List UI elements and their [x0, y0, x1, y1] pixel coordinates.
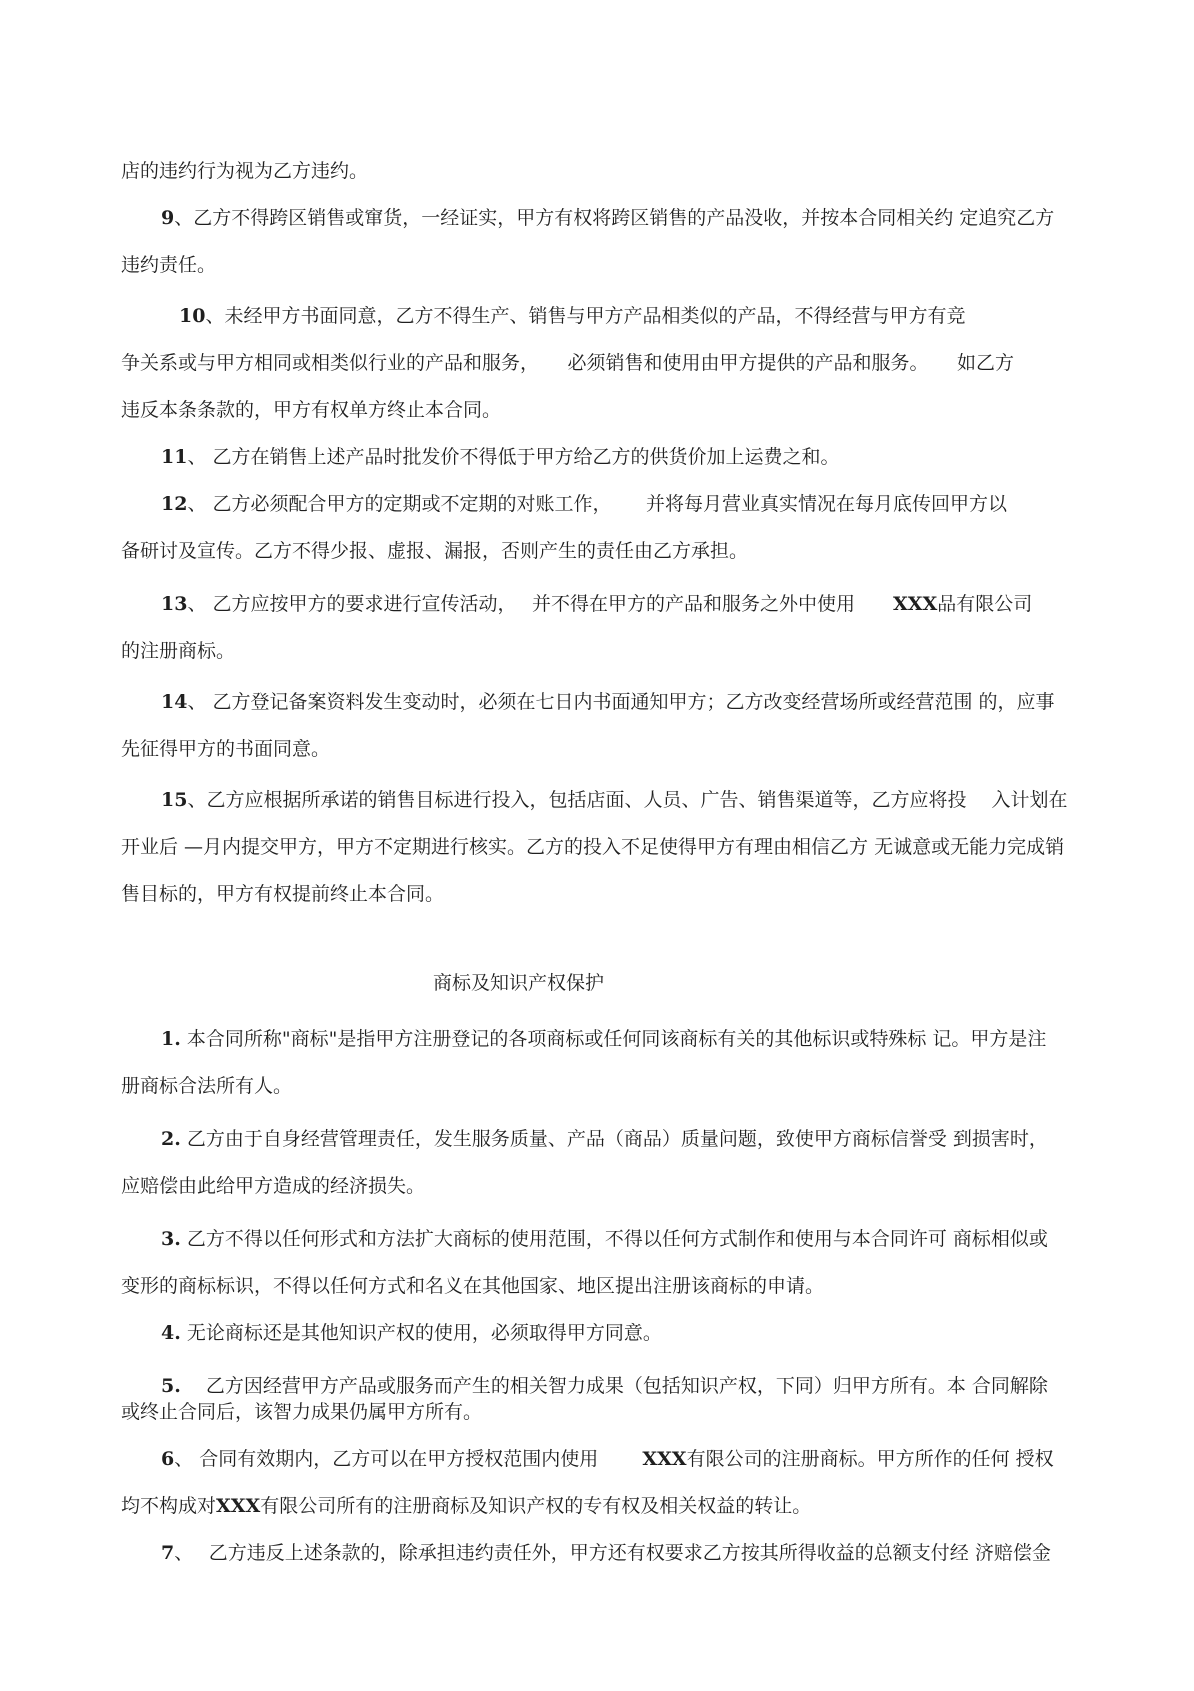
text-run: 有限公司的注册商标。甲方所作的任何 授权 [687, 1448, 1054, 1470]
text-run: 、 乙方在销售上述产品时批发价不得低于甲方给乙方的供货价加上运费之和。 [187, 446, 839, 468]
text-run: 乙方不得以任何形式和方法扩大商标的使用范围，不得以任何方式制作和使用与本合同许可… [181, 1228, 1048, 1250]
text-line: 11、 乙方在销售上述产品时批发价不得低于甲方给乙方的供货价加上运费之和。 [121, 434, 1134, 481]
text-line: 7、 乙方违反上述条款的，除承担违约责任外，甲方还有权要求乙方按其所得收益的总额… [121, 1530, 1134, 1577]
bold-text-run: 6 [161, 1448, 174, 1470]
text-line: 违反本条条款的，甲方有权单方终止本合同。 [121, 387, 1134, 434]
text-line: 9、乙方不得跨区销售或窜货，一经证实，甲方有权将跨区销售的产品没收，并按本合同相… [121, 195, 1134, 242]
text-line: 变形的商标标识，不得以任何方式和名义在其他国家、地区提出注册该商标的申请。 [121, 1263, 1134, 1310]
text-line: 开业后 —月内提交甲方，甲方不定期进行核实。乙方的投入不足使得甲方有理由相信乙方… [121, 824, 1134, 871]
text-line: 的注册商标。 [121, 628, 1134, 675]
bold-text-run: 13 [161, 593, 187, 615]
bold-text-run: 2. [161, 1128, 181, 1150]
text-run: 、 乙方登记备案资料发生变动时，必须在七日内书面通知甲方；乙方改变经营场所或经营… [187, 691, 1054, 713]
document-body: 店的违约行为视为乙方违约。9、乙方不得跨区销售或窜货，一经证实，甲方有权将跨区销… [121, 148, 1134, 1577]
text-run: 品有限公司 [937, 593, 1032, 615]
bold-text-run: 1. [161, 1028, 181, 1050]
text-run: 变形的商标标识，不得以任何方式和名义在其他国家、地区提出注册该商标的申请。 [121, 1275, 824, 1297]
text-run: 或终止合同后，该智力成果仍属甲方所有。 [121, 1401, 482, 1423]
text-line: 14、 乙方登记备案资料发生变动时，必须在七日内书面通知甲方；乙方改变经营场所或… [121, 679, 1134, 726]
bold-text-run: 3. [161, 1228, 181, 1250]
text-run: 争关系或与甲方相同或相类似行业的产品和服务， 必须销售和使用由甲方提供的产品和服… [121, 352, 1014, 374]
text-line: 6、 合同有效期内，乙方可以在甲方授权范围内使用 XXX有限公司的注册商标。甲方… [121, 1436, 1134, 1483]
text-run: 、 合同有效期内，乙方可以在甲方授权范围内使用 [174, 1448, 642, 1470]
bold-text-run: 12 [161, 493, 187, 515]
text-run: 备研讨及宣传。乙方不得少报、虚报、漏报，否则产生的责任由乙方承担。 [121, 540, 748, 562]
bold-text-run: 10 [179, 305, 205, 327]
text-line: 店的违约行为视为乙方违约。 [121, 148, 1134, 195]
text-line: 13、 乙方应按甲方的要求进行宣传活动， 并不得在甲方的产品和服务之外中使用 X… [121, 581, 1134, 628]
text-run: 均不构成对 [121, 1495, 216, 1517]
text-run: 、 乙方违反上述条款的，除承担违约责任外，甲方还有权要求乙方按其所得收益的总额支… [174, 1542, 1051, 1564]
text-run: 、乙方应根据所承诺的销售目标进行投入，包括店面、人员、广告、销售渠道等，乙方应将… [187, 789, 1067, 811]
text-run: 违约责任。 [121, 254, 216, 276]
text-run: 册商标合法所有人。 [121, 1075, 292, 1097]
text-run: 先征得甲方的书面同意。 [121, 738, 330, 760]
text-line: 12、 乙方必须配合甲方的定期或不定期的对账工作， 并将每月营业真实情况在每月底… [121, 481, 1134, 528]
text-line: 备研讨及宣传。乙方不得少报、虚报、漏报，否则产生的责任由乙方承担。 [121, 528, 1134, 575]
bold-text-run: 4. [161, 1322, 181, 1344]
text-line: 应赔偿由此给甲方造成的经济损失。 [121, 1163, 1134, 1210]
bold-text-run: 7 [161, 1542, 174, 1564]
text-line: 册商标合法所有人。 [121, 1063, 1134, 1110]
document-page: 店的违约行为视为乙方违约。9、乙方不得跨区销售或窜货，一经证实，甲方有权将跨区销… [0, 0, 1194, 1691]
text-line: 4. 无论商标还是其他知识产权的使用，必须取得甲方同意。 [121, 1310, 1134, 1357]
bold-text-run: XXX [893, 593, 937, 615]
text-line: 3. 乙方不得以任何形式和方法扩大商标的使用范围，不得以任何方式制作和使用与本合… [121, 1216, 1134, 1263]
text-line: 10、未经甲方书面同意，乙方不得生产、销售与甲方产品相类似的产品，不得经营与甲方… [121, 293, 1134, 340]
text-run: 开业后 —月内提交甲方，甲方不定期进行核实。乙方的投入不足使得甲方有理由相信乙方… [121, 836, 1064, 858]
text-line: 均不构成对XXX有限公司所有的注册商标及知识产权的专有权及相关权益的转让。 [121, 1483, 1134, 1530]
text-line: 2. 乙方由于自身经营管理责任，发生服务质量、产品（商品）质量问题，致使甲方商标… [121, 1116, 1134, 1163]
bold-text-run: XXX [642, 1448, 686, 1470]
bold-text-run: 15 [161, 789, 187, 811]
text-line: 争关系或与甲方相同或相类似行业的产品和服务， 必须销售和使用由甲方提供的产品和服… [121, 340, 1134, 387]
text-run: 、未经甲方书面同意，乙方不得生产、销售与甲方产品相类似的产品，不得经营与甲方有竞 [205, 305, 965, 327]
bold-text-run: XXX [216, 1495, 260, 1517]
text-run: 售目标的，甲方有权提前终止本合同。 [121, 883, 444, 905]
bold-text-run: 9 [161, 207, 174, 229]
text-run: 违反本条条款的，甲方有权单方终止本合同。 [121, 399, 501, 421]
text-run: 、乙方不得跨区销售或窜货，一经证实，甲方有权将跨区销售的产品没收，并按本合同相关… [174, 207, 1054, 229]
text-run: 有限公司所有的注册商标及知识产权的专有权及相关权益的转让。 [260, 1495, 811, 1517]
text-run: 应赔偿由此给甲方造成的经济损失。 [121, 1175, 425, 1197]
text-line: 售目标的，甲方有权提前终止本合同。 [121, 871, 1134, 918]
text-line: 违约责任。 [121, 242, 1134, 289]
bold-text-run: 14 [161, 691, 187, 713]
text-run: 、 乙方应按甲方的要求进行宣传活动， 并不得在甲方的产品和服务之外中使用 [187, 593, 893, 615]
section-heading: 商标及知识产权保护 [433, 960, 1134, 1007]
text-line: 1. 本合同所称"商标"是指甲方注册登记的各项商标或任何同该商标有关的其他标识或… [121, 1016, 1134, 1063]
text-run: 无论商标还是其他知识产权的使用，必须取得甲方同意。 [181, 1322, 662, 1344]
text-run: 、 乙方必须配合甲方的定期或不定期的对账工作， 并将每月营业真实情况在每月底传回… [187, 493, 1007, 515]
bold-text-run: 11 [161, 446, 187, 468]
text-run: 商标及知识产权保护 [433, 972, 604, 994]
text-run: 乙方由于自身经营管理责任，发生服务质量、产品（商品）质量问题，致使甲方商标信誉受… [181, 1128, 1048, 1150]
text-line: 15、乙方应根据所承诺的销售目标进行投入，包括店面、人员、广告、销售渠道等，乙方… [121, 777, 1134, 824]
text-run: 店的违约行为视为乙方违约。 [121, 160, 368, 182]
text-run: 的注册商标。 [121, 640, 235, 662]
text-line: 先征得甲方的书面同意。 [121, 726, 1134, 773]
text-run: 本合同所称"商标"是指甲方注册登记的各项商标或任何同该商标有关的其他标识或特殊标… [181, 1028, 1047, 1050]
